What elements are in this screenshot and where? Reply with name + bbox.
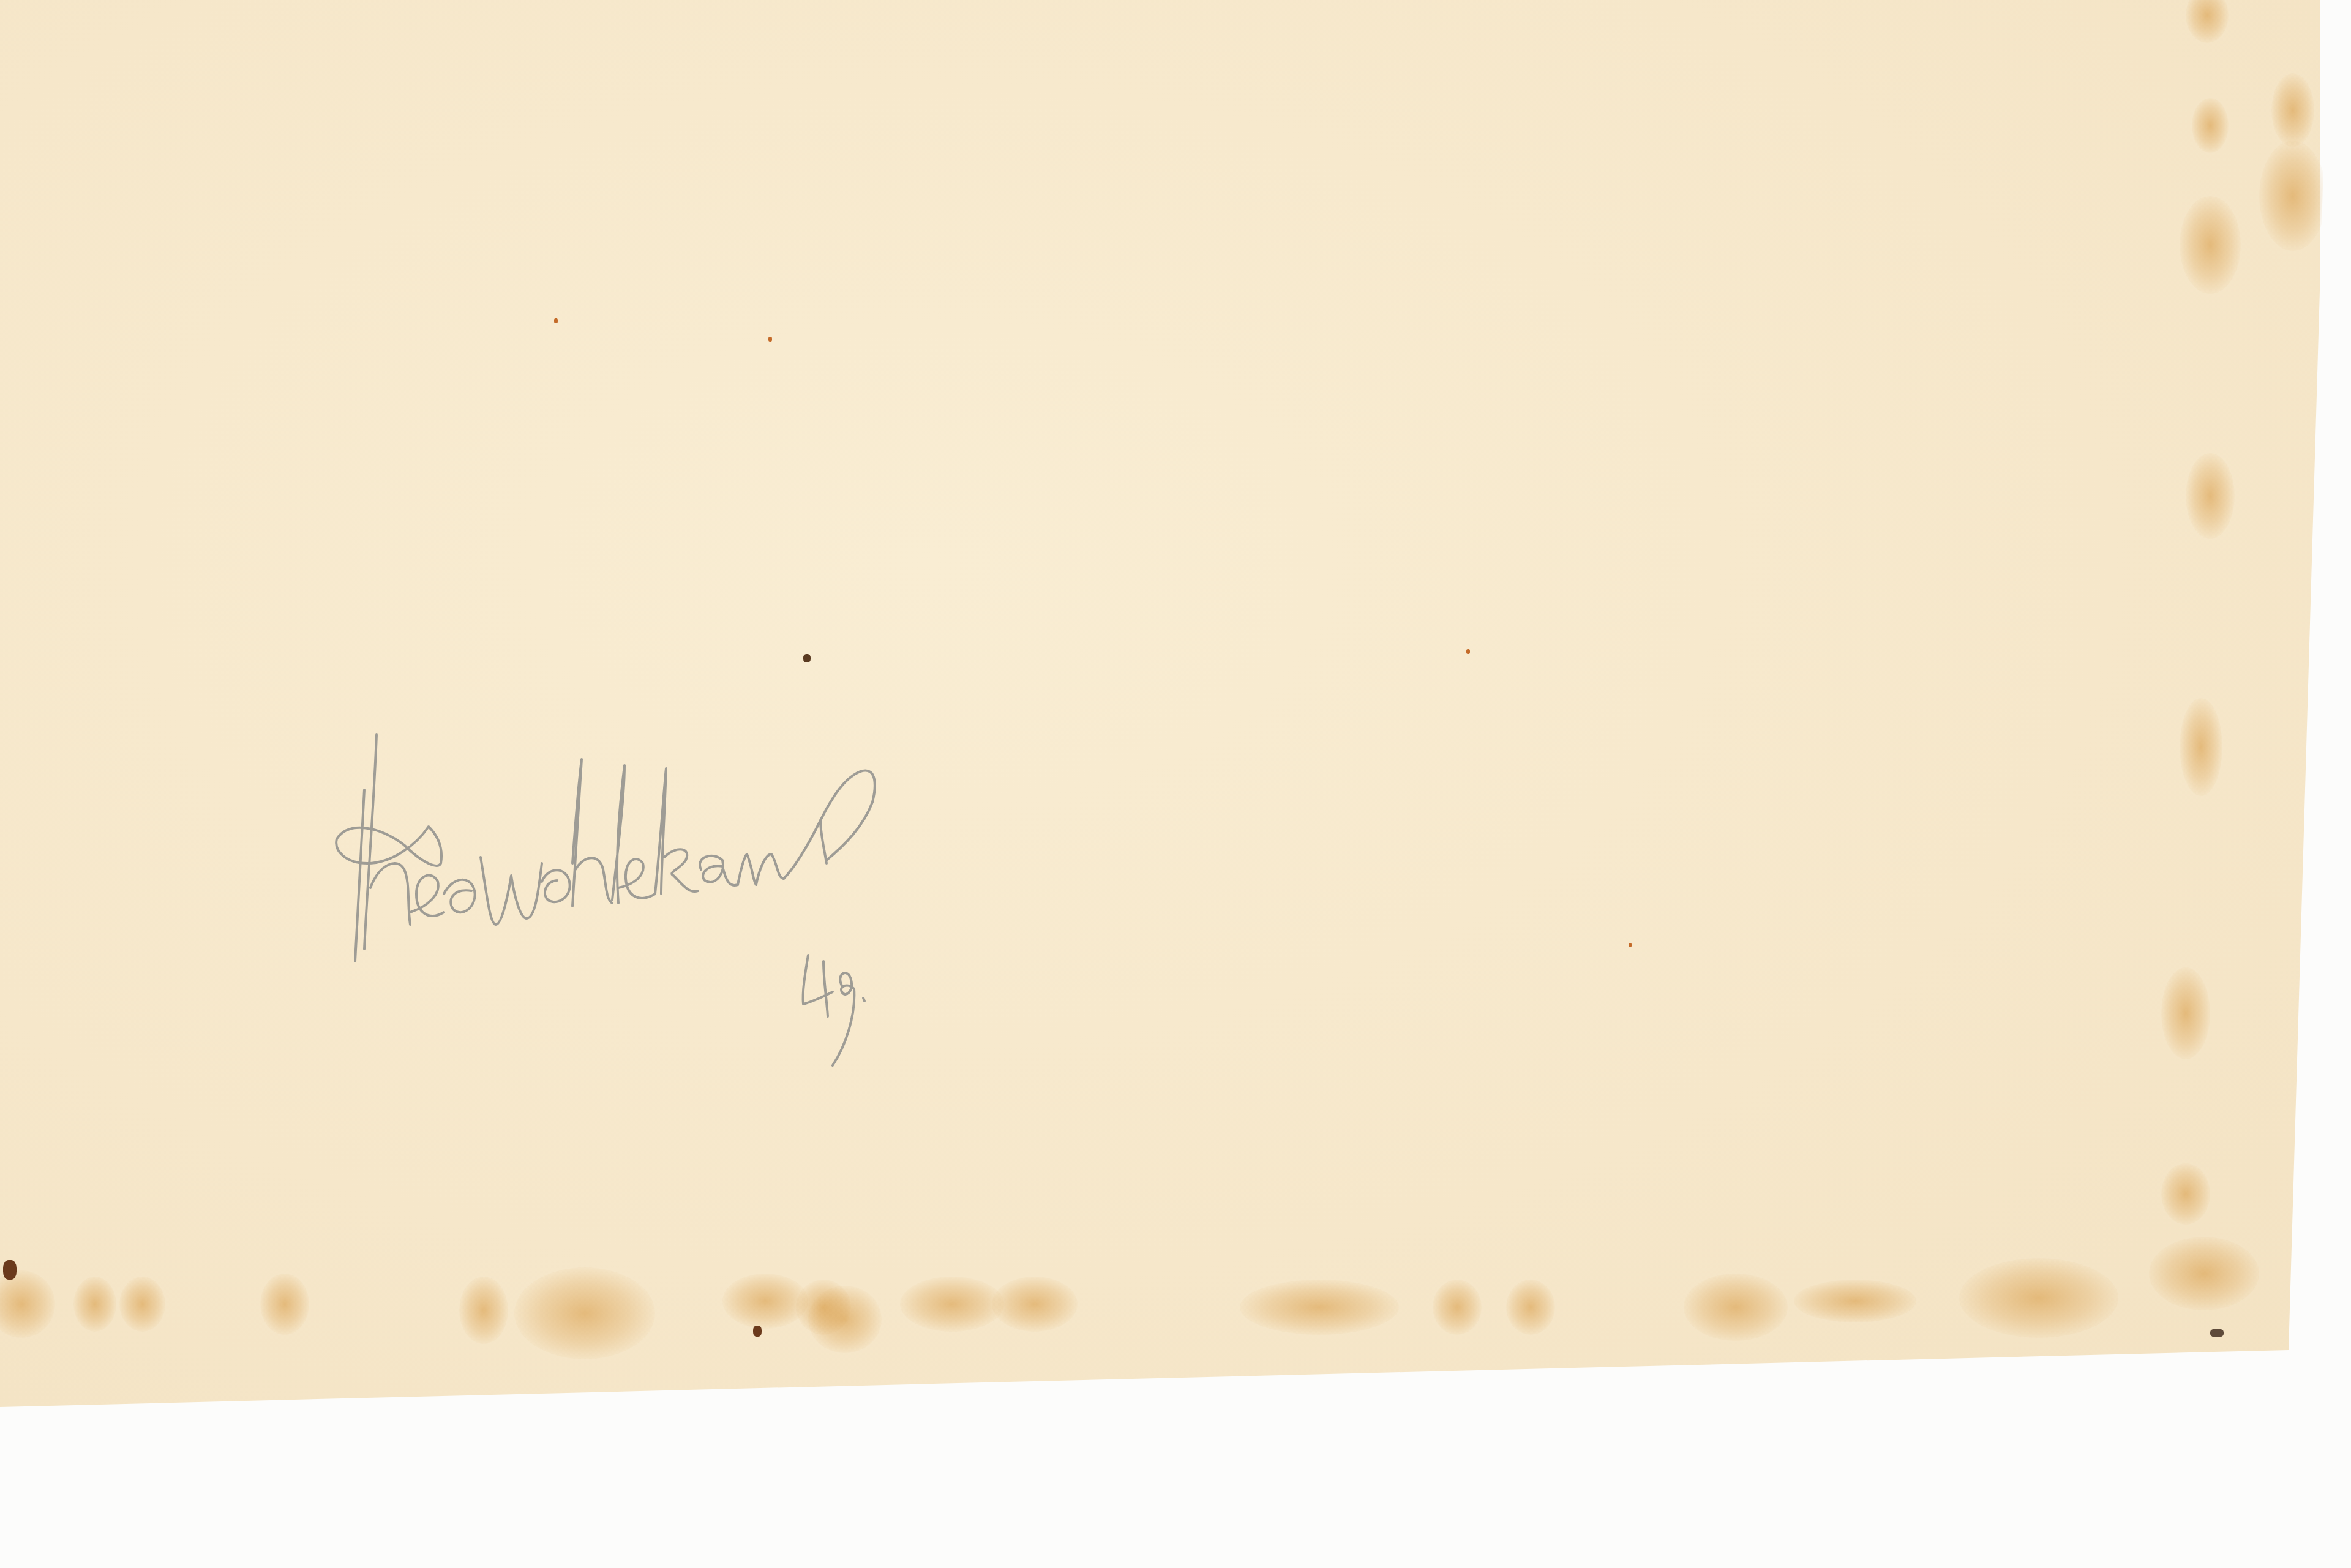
foxing-stain <box>2161 1163 2210 1225</box>
foxing-stain <box>459 1277 508 1344</box>
foxing-stain <box>2186 0 2229 43</box>
ink-speck <box>753 1326 762 1337</box>
foxing-stain <box>992 1277 1078 1332</box>
foxing-stain <box>73 1277 116 1332</box>
pencil-signature: Theo Wohlekamp 49. <box>331 722 1800 1120</box>
foxing-stain <box>2161 967 2210 1059</box>
foxing-stain <box>1506 1280 1555 1335</box>
foxing-stain <box>119 1277 165 1332</box>
foxing-stain <box>2180 698 2222 796</box>
ink-speck <box>803 654 811 662</box>
foxing-stain <box>2192 98 2229 153</box>
foxing-stain <box>1684 1274 1788 1341</box>
foxing-stain <box>0 1270 55 1338</box>
foxing-stain <box>2271 73 2314 147</box>
foxing-stain <box>2180 196 2241 294</box>
foxing-stain <box>722 1274 808 1329</box>
aged-paper-sheet <box>0 0 2320 1408</box>
foxing-stain <box>1240 1280 1399 1335</box>
ink-speck <box>3 1260 17 1280</box>
foxing-stain <box>1959 1258 2118 1338</box>
foxing-stain <box>1433 1280 1482 1335</box>
foxing-stain <box>260 1274 309 1335</box>
foxing-stain <box>1794 1280 1916 1322</box>
foxing-stain <box>2149 1237 2259 1310</box>
ink-speck <box>2210 1329 2224 1337</box>
foxing-stain <box>900 1277 1004 1332</box>
ink-speck <box>768 337 772 342</box>
foxing-stain <box>2186 453 2235 539</box>
ink-speck <box>554 318 558 323</box>
ink-speck <box>1466 649 1470 654</box>
foxing-stain <box>514 1267 655 1359</box>
signature-strokes <box>331 722 1800 1120</box>
foxing-stain <box>808 1286 882 1353</box>
foxing-stain <box>2259 141 2327 251</box>
